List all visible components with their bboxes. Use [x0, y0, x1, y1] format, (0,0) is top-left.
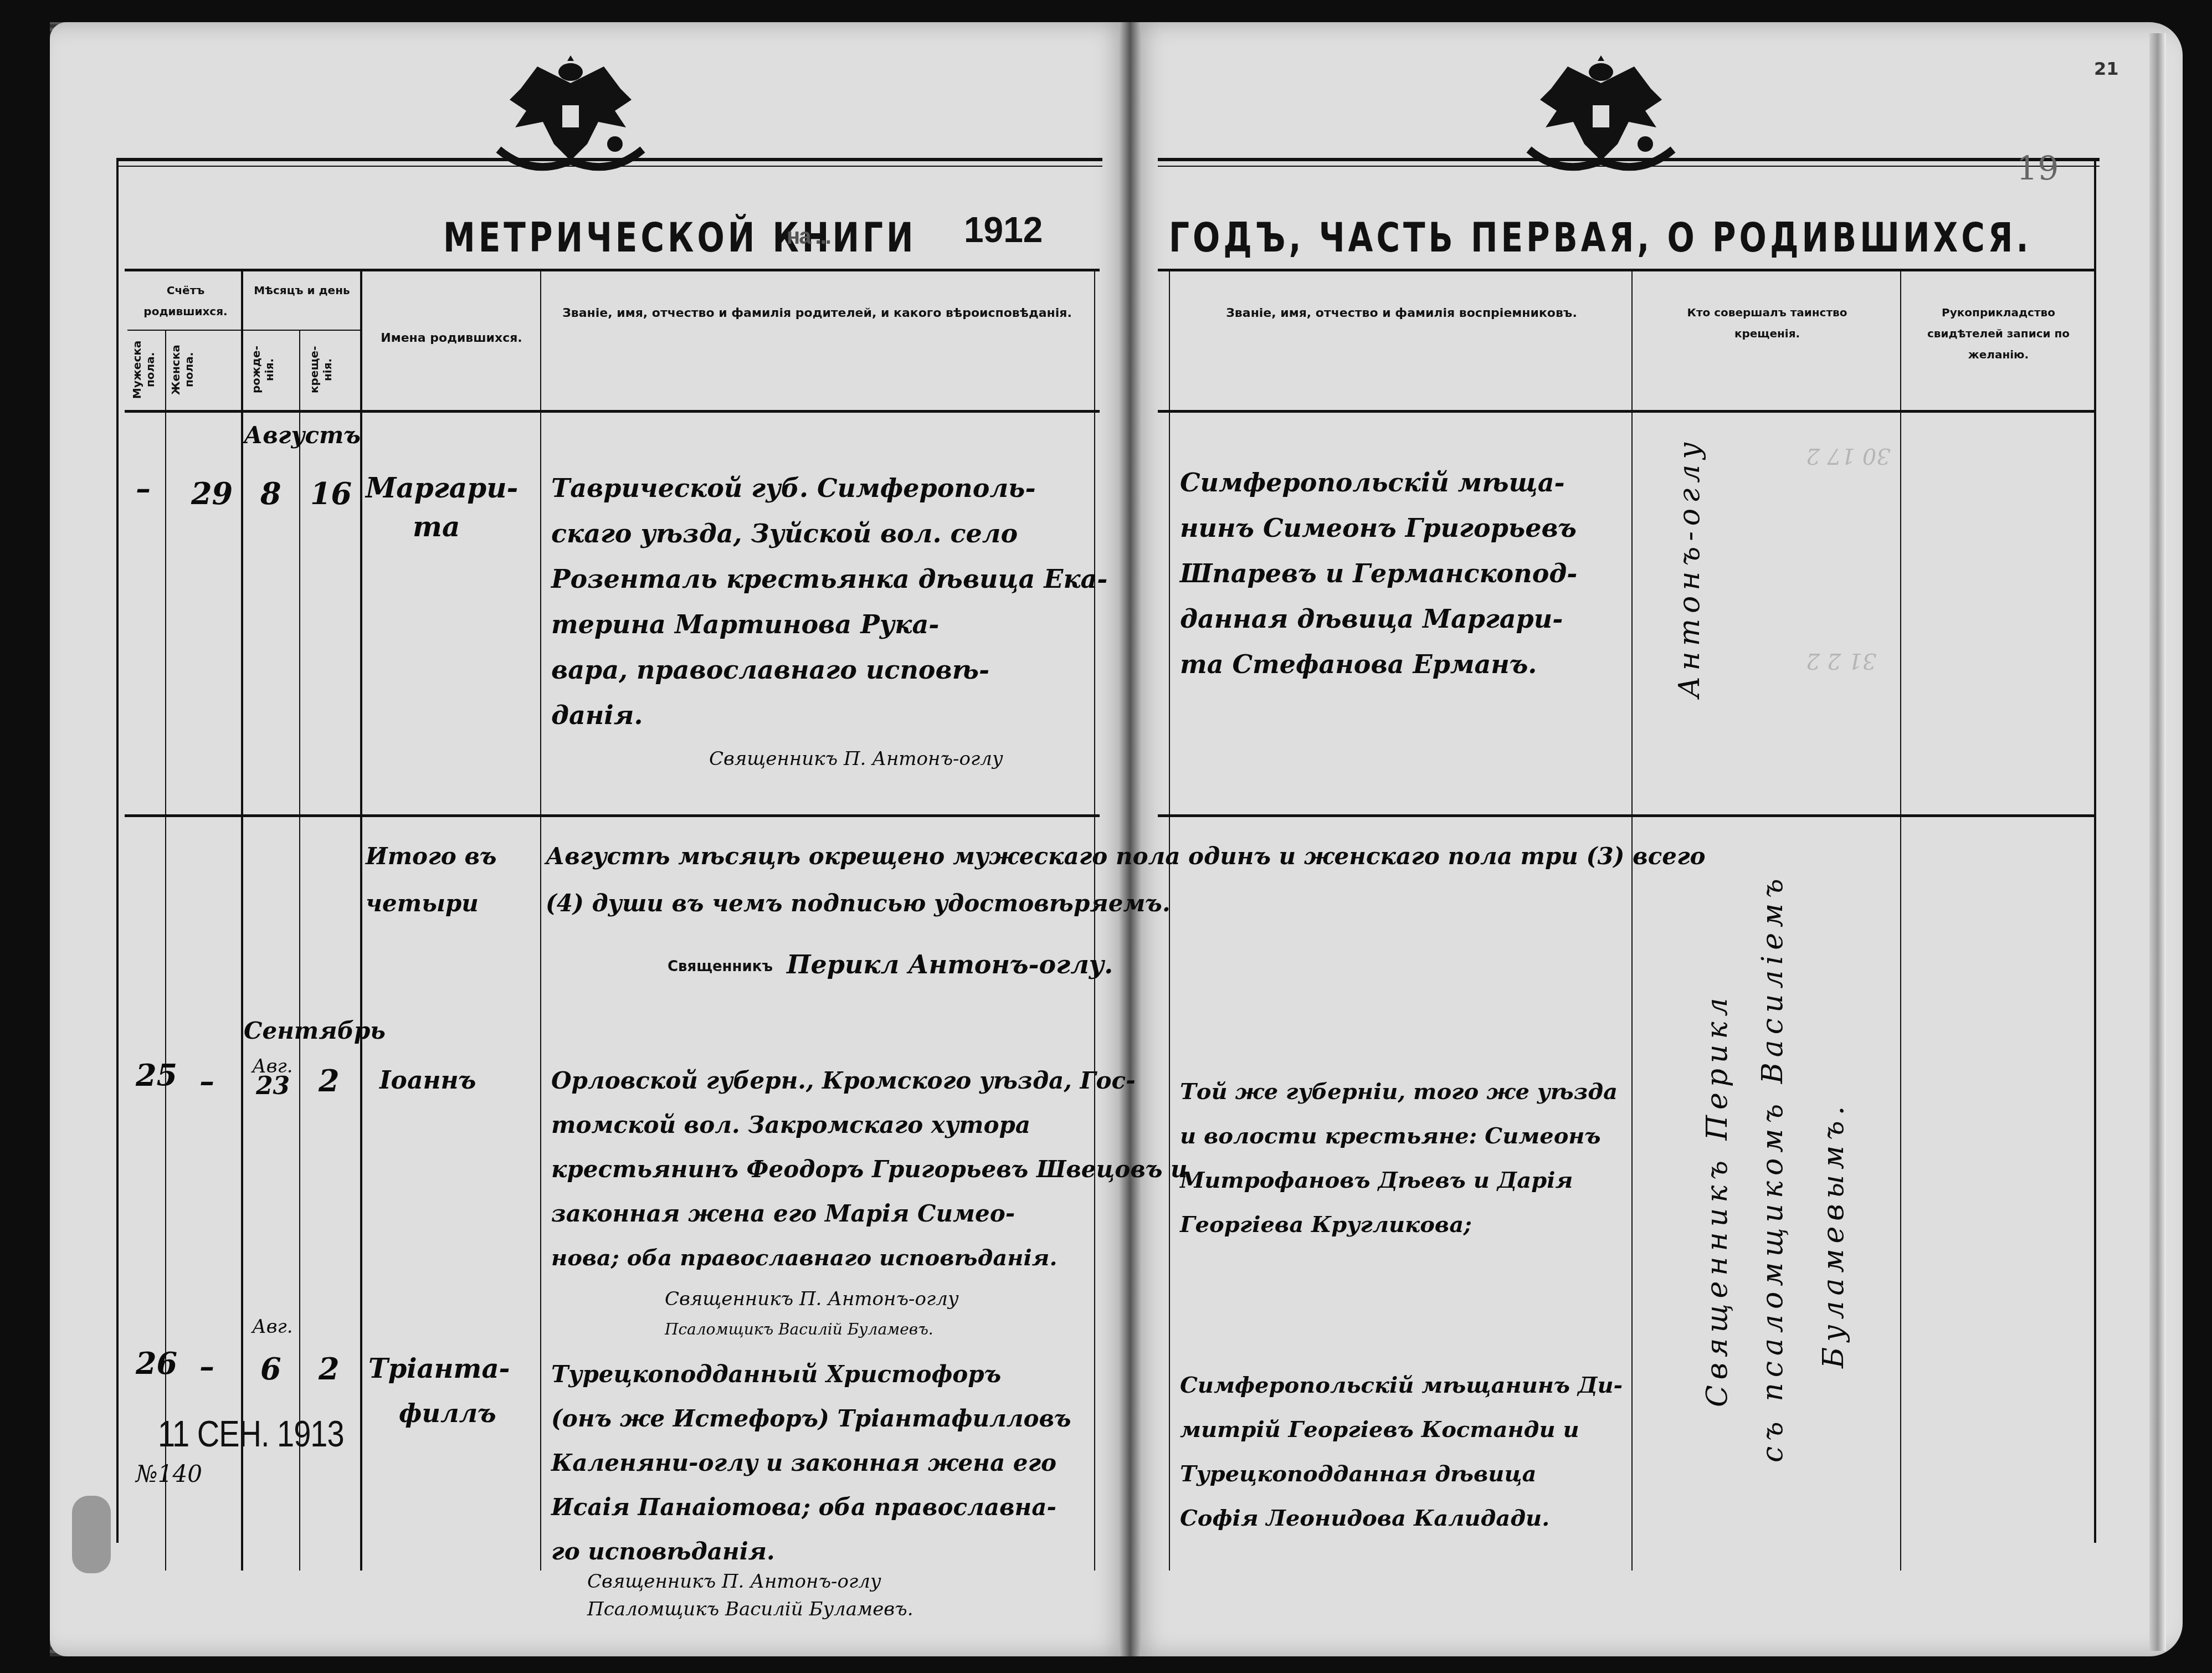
folio-number: 21 [2094, 58, 2119, 79]
row-rule-1-right [1158, 814, 2094, 817]
title-right: ГОДЪ, ЧАСТЬ ПЕРВАЯ, О РОДИВШИХСЯ. [1169, 214, 2031, 261]
record1-priest-signature: Священникъ П. Антонъ-оглу [709, 745, 1003, 773]
records-performed-by-3: Буламевымъ. [1817, 1102, 1850, 1368]
record4-parents-line: Турецкоподданный Христофоръ [551, 1352, 1001, 1397]
record4-godparents-line: Турецкоподданная дѣвица [1180, 1451, 1537, 1497]
record1-month: Августъ [244, 413, 361, 458]
header-date-baptism: креще-нія. [307, 335, 341, 404]
record-number-mark: №140 [136, 1451, 202, 1497]
header-count-group: Счётъ родившихся. [130, 280, 241, 322]
summary-line1: Августѣ мѣсяцѣ окрещено мужескаго пола о… [546, 834, 1706, 879]
col-sep-count-date [241, 271, 243, 1571]
frame-left-border [116, 158, 119, 1543]
frame-right-border [2094, 158, 2096, 1543]
summary-label-line2: четыри [366, 881, 479, 926]
record3-godparents-line: Митрофановъ Дѣевъ и Дарія [1180, 1158, 1573, 1203]
title-year: 1912 [964, 209, 1043, 250]
record4-godparents-line: митрій Георгіевъ Костанди и [1180, 1407, 1579, 1453]
record1-parents-line: скаго уѣзда, Зуйской вол. село [551, 511, 1018, 556]
record3-name: Іоаннъ [379, 1058, 476, 1104]
record1-male-no: – [136, 465, 151, 511]
record4-birth-day: 6 [260, 1346, 281, 1392]
records-performed-by-1: Священникъ Перикл [1701, 870, 1734, 1407]
records-performed-by-2: съ псаломщикомъ Василіемъ [1756, 881, 1789, 1462]
bleed-through-text-2: 31 2 2 [1806, 648, 1876, 674]
record4-name-line1: Тріанта- [368, 1346, 510, 1392]
date-stamp: 11 СЕН. 1913 [158, 1412, 344, 1455]
record3-godparents-line: Георгіева Кругликова; [1180, 1202, 1472, 1248]
record1-parents-line: данія. [551, 692, 643, 738]
header-rule-bottom-right [1158, 410, 2094, 413]
record3-month: Сентябрь [244, 1008, 386, 1054]
summary-signature-label: Священникъ [668, 958, 773, 975]
header-date-birth: рожде-нія. [249, 335, 283, 404]
record3-godparents-line: Той же губерніи, того же уѣзда [1180, 1069, 1618, 1115]
archive-mark: 19 [2016, 150, 2059, 188]
summary-label-line1: Итого въ [366, 834, 497, 879]
header-parents: Званіе, имя, отчество и фамилія родителе… [548, 302, 1086, 325]
record4-godparents-line: Софія Леонидова Калидади. [1180, 1496, 1549, 1541]
record3-birth-day: 23 [256, 1064, 290, 1109]
record1-parents-line: терина Мартинова Рука- [551, 602, 939, 647]
record4-male-no: 26 [136, 1341, 177, 1386]
record1-baptism-day: 16 [310, 471, 352, 516]
header-date-group: Мѣсяцъ и день [244, 280, 360, 301]
record1-parents-line: Таврической губ. Симферополь- [551, 465, 1036, 511]
record4-priest-signature: Священникъ П. Антонъ-оглу [587, 1568, 881, 1595]
row-rule-1-left [125, 814, 1100, 817]
header-rule-top-left [125, 269, 1100, 271]
record3-parents-line: крестьянинъ Феодоръ Григорьевъ Швецовъ и [551, 1147, 1188, 1192]
record4-female-no: – [199, 1343, 214, 1389]
record1-female-no: 29 [191, 471, 233, 516]
record1-godparents-line: нинъ Симеонъ Григорьевъ [1180, 505, 1577, 551]
header-count-male: Мужеска пола. [130, 335, 163, 404]
header-subrule [127, 330, 360, 331]
page-edges [2149, 33, 2166, 1651]
header-godparents: Званіе, имя, отчество и фамилія воспріем… [1180, 302, 1623, 325]
summary-signature: Перикл Антонъ-оглу. [787, 942, 1113, 987]
col-sep-godparents-performed [1631, 271, 1633, 1571]
record1-birth-day: 8 [260, 471, 281, 516]
col-sep-date-names [360, 271, 362, 1571]
col-sep-birth-bapt [299, 330, 300, 1571]
header-rule-top-right [1158, 269, 2094, 271]
header-names: Имена родившихся. [366, 327, 537, 350]
record4-godparents-line: Симферопольскій мѣщанинъ Ди- [1180, 1363, 1623, 1408]
record1-godparents-line: та Стефанова Ерманъ. [1180, 642, 1537, 687]
summary-line2: (4) души въ чемъ подписью удостовѣряемъ. [546, 881, 1171, 926]
title-stamp-mark: на ... [787, 224, 830, 249]
record1-parents-line: Розенталь крестьянка дѣвица Ека- [551, 556, 1107, 602]
record3-male-no: 25 [136, 1053, 177, 1098]
record4-name-line2: филлъ [399, 1390, 496, 1436]
title-left: МЕТРИЧЕСКОЙ КНИГИ [443, 214, 916, 261]
record4-parents-line: Каленяни-оглу и законная жена его [551, 1440, 1056, 1486]
record3-female-no: – [199, 1058, 214, 1104]
record4-parents-line: (онъ же Истефоръ) Тріантафилловъ [551, 1396, 1071, 1441]
record3-psalmist-signature: Псаломщикъ Василій Буламевъ. [665, 1316, 933, 1343]
record3-baptism-day: 2 [319, 1058, 340, 1104]
record3-parents-line: нова; оба православнаго исповѣданія. [551, 1235, 1057, 1281]
header-count-female: Женска пола. [169, 335, 202, 404]
record1-performed-by: Антонъ-оглу [1673, 438, 1706, 698]
col-sep-performed-witness [1900, 271, 1901, 1571]
record1-godparents-line: данная дѣвица Маргари- [1180, 596, 1563, 642]
bleed-through-text-1: 30 17 2 [1806, 443, 1891, 469]
record1-name-line2: та [413, 504, 460, 550]
col-sep-names-parents [540, 271, 541, 1571]
record1-godparents-line: Симферопольскій мѣща- [1180, 460, 1565, 505]
record3-parents-line: Орловской губерн., Кромского уѣзда, Гос- [551, 1058, 1136, 1104]
binding-tab [72, 1496, 111, 1573]
imperial-eagle-emblem-right [1518, 50, 1684, 177]
record4-baptism-day: 2 [319, 1346, 340, 1392]
record3-parents-line: законная жена его Марія Симео- [551, 1191, 1015, 1236]
record3-godparents-line: и волости крестьяне: Симеонъ [1180, 1113, 1601, 1159]
record1-parents-line: вара, православнаго исповѣ- [551, 647, 989, 692]
record4-psalmist-signature: Псаломщикъ Василій Буламевъ. [587, 1595, 913, 1623]
header-witness-signatures: Рукоприкладство свидѣтелей записи по жел… [1906, 302, 2091, 365]
record1-godparents-line: Шпаревъ и Германскопод- [1180, 551, 1577, 596]
imperial-eagle-emblem-left [487, 50, 654, 177]
record3-priest-signature: Священникъ П. Антонъ-оглу [665, 1285, 959, 1313]
header-performed-by: Кто совершалъ таинство крещенія. [1637, 302, 1897, 344]
record4-birth-month-note: Авг. [252, 1313, 293, 1341]
record3-parents-line: томской вол. Закромскаго хутора [551, 1102, 1030, 1148]
record4-parents-line: Исаія Панаіотова; оба православна- [551, 1485, 1056, 1530]
